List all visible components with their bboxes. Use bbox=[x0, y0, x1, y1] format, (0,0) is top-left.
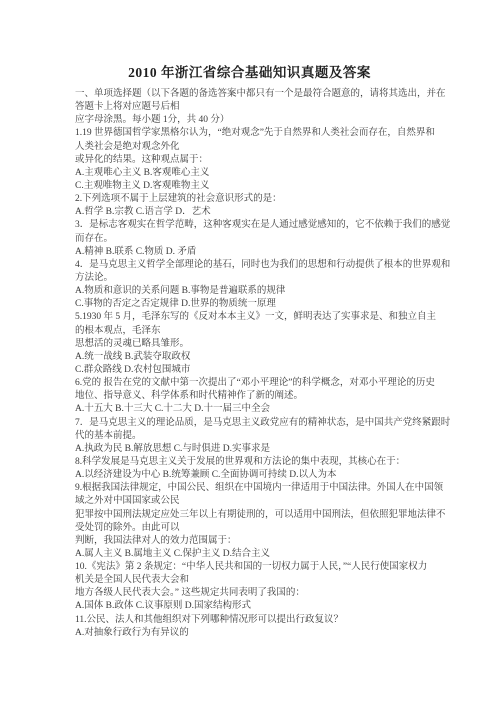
text-line: 5.1930 年 5 月，毛泽东写的《反对本本主义》一文，鲜明表达了实事求是、和… bbox=[75, 311, 431, 324]
text-line: 9.根据我国法律规定，中国公民、组织在中国境内一律适用于中国法律。外国人在中国领 bbox=[75, 482, 431, 495]
text-line: 7．是马克思主义的理论品质，是马克思主义政党应有的精神状态，是中国共产党终紧跟时 bbox=[75, 417, 431, 430]
text-line: 应字母涂黑。每小题 1分，共 40 分） bbox=[75, 114, 431, 127]
text-line: 4．是马克思主义哲学全部理论的基石，同时也为我们的思想和行动提供了根本的世界观和 bbox=[75, 259, 431, 272]
document-title: 2010 年浙江省综合基础知识真题及答案 bbox=[0, 61, 499, 81]
text-line: 的根本观点，毛泽东 bbox=[75, 325, 431, 338]
text-line: 或异化的结果。这种观点属于： bbox=[75, 154, 431, 167]
text-line: 10.《宪法》第 2 条规定：“中华人民共和国的一切权力属于人民，”“人民行使国… bbox=[75, 561, 431, 574]
document-body: 一、单项选择题（以下各题的备选答案中都只有一个是最符合题意的，请将其选出，并在答… bbox=[75, 88, 431, 640]
text-line: 判断，我国法律对人的效力范围属于： bbox=[75, 535, 431, 548]
text-line: A.以经济建设为中心 B.统筹兼顾 C.全面协调可持续 D.以人为本 bbox=[75, 469, 431, 482]
text-line: 而存在。 bbox=[75, 233, 431, 246]
text-line: 犯罪按中国刑法规定应处三年以上有期徒刑的，可以适用中国刑法，但依照犯罪地法律不 bbox=[75, 509, 431, 522]
text-line: 2.下列选项不属于上层建筑的社会意识形式的是： bbox=[75, 193, 431, 206]
text-line: 思想活的灵魂已略具雏形。 bbox=[75, 338, 431, 351]
text-line: 8.科学发展是马克思主义关于发展的世界观和方法论的集中表现，其核心在于： bbox=[75, 456, 431, 469]
text-line: C.事物的否定之否定规律 D.世界的物质统一原理 bbox=[75, 298, 431, 311]
document-page: 2010 年浙江省综合基础知识真题及答案 一、单项选择题（以下各题的备选答案中都… bbox=[0, 0, 499, 706]
text-line: A.物质和意识的关系问题 B.事物是普遍联系的规律 bbox=[75, 285, 431, 298]
text-line: 3．是标志客观实在哲学范畴，这种客观实在是人通过感觉感知的，它不依赖于我们的感觉 bbox=[75, 219, 431, 232]
text-line: 受处罚的除外。由此可以 bbox=[75, 522, 431, 535]
text-line: 地方各级人民代表大会。” 这些规定共同表明了我国的： bbox=[75, 587, 431, 600]
text-line: 6.党的 报告在党的文献中第一次提出了“邓小平理论”的科学概念，对邓小平理论的历… bbox=[75, 377, 431, 390]
text-line: 人类社会是绝对观念外化 bbox=[75, 141, 431, 154]
text-line: 代的基本前提。 bbox=[75, 430, 431, 443]
text-line: 11.公民、法人和其他组织对下列哪种情况形可以提出行政复议？ bbox=[75, 614, 431, 627]
text-line: 地位、指导意义、科学体系和时代精神作了新的阐述。 bbox=[75, 390, 431, 403]
text-line: 域之外对中国国家或公民 bbox=[75, 495, 431, 508]
text-line: A.主观唯心主义 B.客观唯心主义 bbox=[75, 167, 431, 180]
text-line: 1.19 世界德国哲学家黑格尔认为，“绝对观念”先于自然界和人类社会而存在，自然… bbox=[75, 127, 431, 140]
text-line: A.执政为民 B.解放思想 C.与时俱进 D.实事求是 bbox=[75, 443, 431, 456]
text-line: C.群众路线 D.农村包围城市 bbox=[75, 364, 431, 377]
text-line: A.精神 B.联系 C.物质 D. 矛盾 bbox=[75, 246, 431, 259]
text-line: C.主观唯物主义 D.客观唯物主义 bbox=[75, 180, 431, 193]
text-line: A.对抽象行政行为有异议的 bbox=[75, 627, 431, 640]
text-line: 机关是全国人民代表大会和 bbox=[75, 574, 431, 587]
text-line: A.国体 B.政体 C.议事原则 D.国家结构形式 bbox=[75, 600, 431, 613]
text-line: A.十五大 B.十三大 C.十二大 D.十一届三中全会 bbox=[75, 403, 431, 416]
text-line: 一、单项选择题（以下各题的备选答案中都只有一个是最符合题意的，请将其选出，并在 bbox=[75, 88, 431, 101]
text-line: 方法论。 bbox=[75, 272, 431, 285]
text-line: A.统一战线 B.武装夺取政权 bbox=[75, 351, 431, 364]
text-line: A.哲学 B.宗教 C.语言学 D．艺术 bbox=[75, 206, 431, 219]
text-line: 答题卡上将对应题号后相 bbox=[75, 101, 431, 114]
text-line: A.属人主义 B.属地主义 C.保护主义 D.结合主义 bbox=[75, 548, 431, 561]
